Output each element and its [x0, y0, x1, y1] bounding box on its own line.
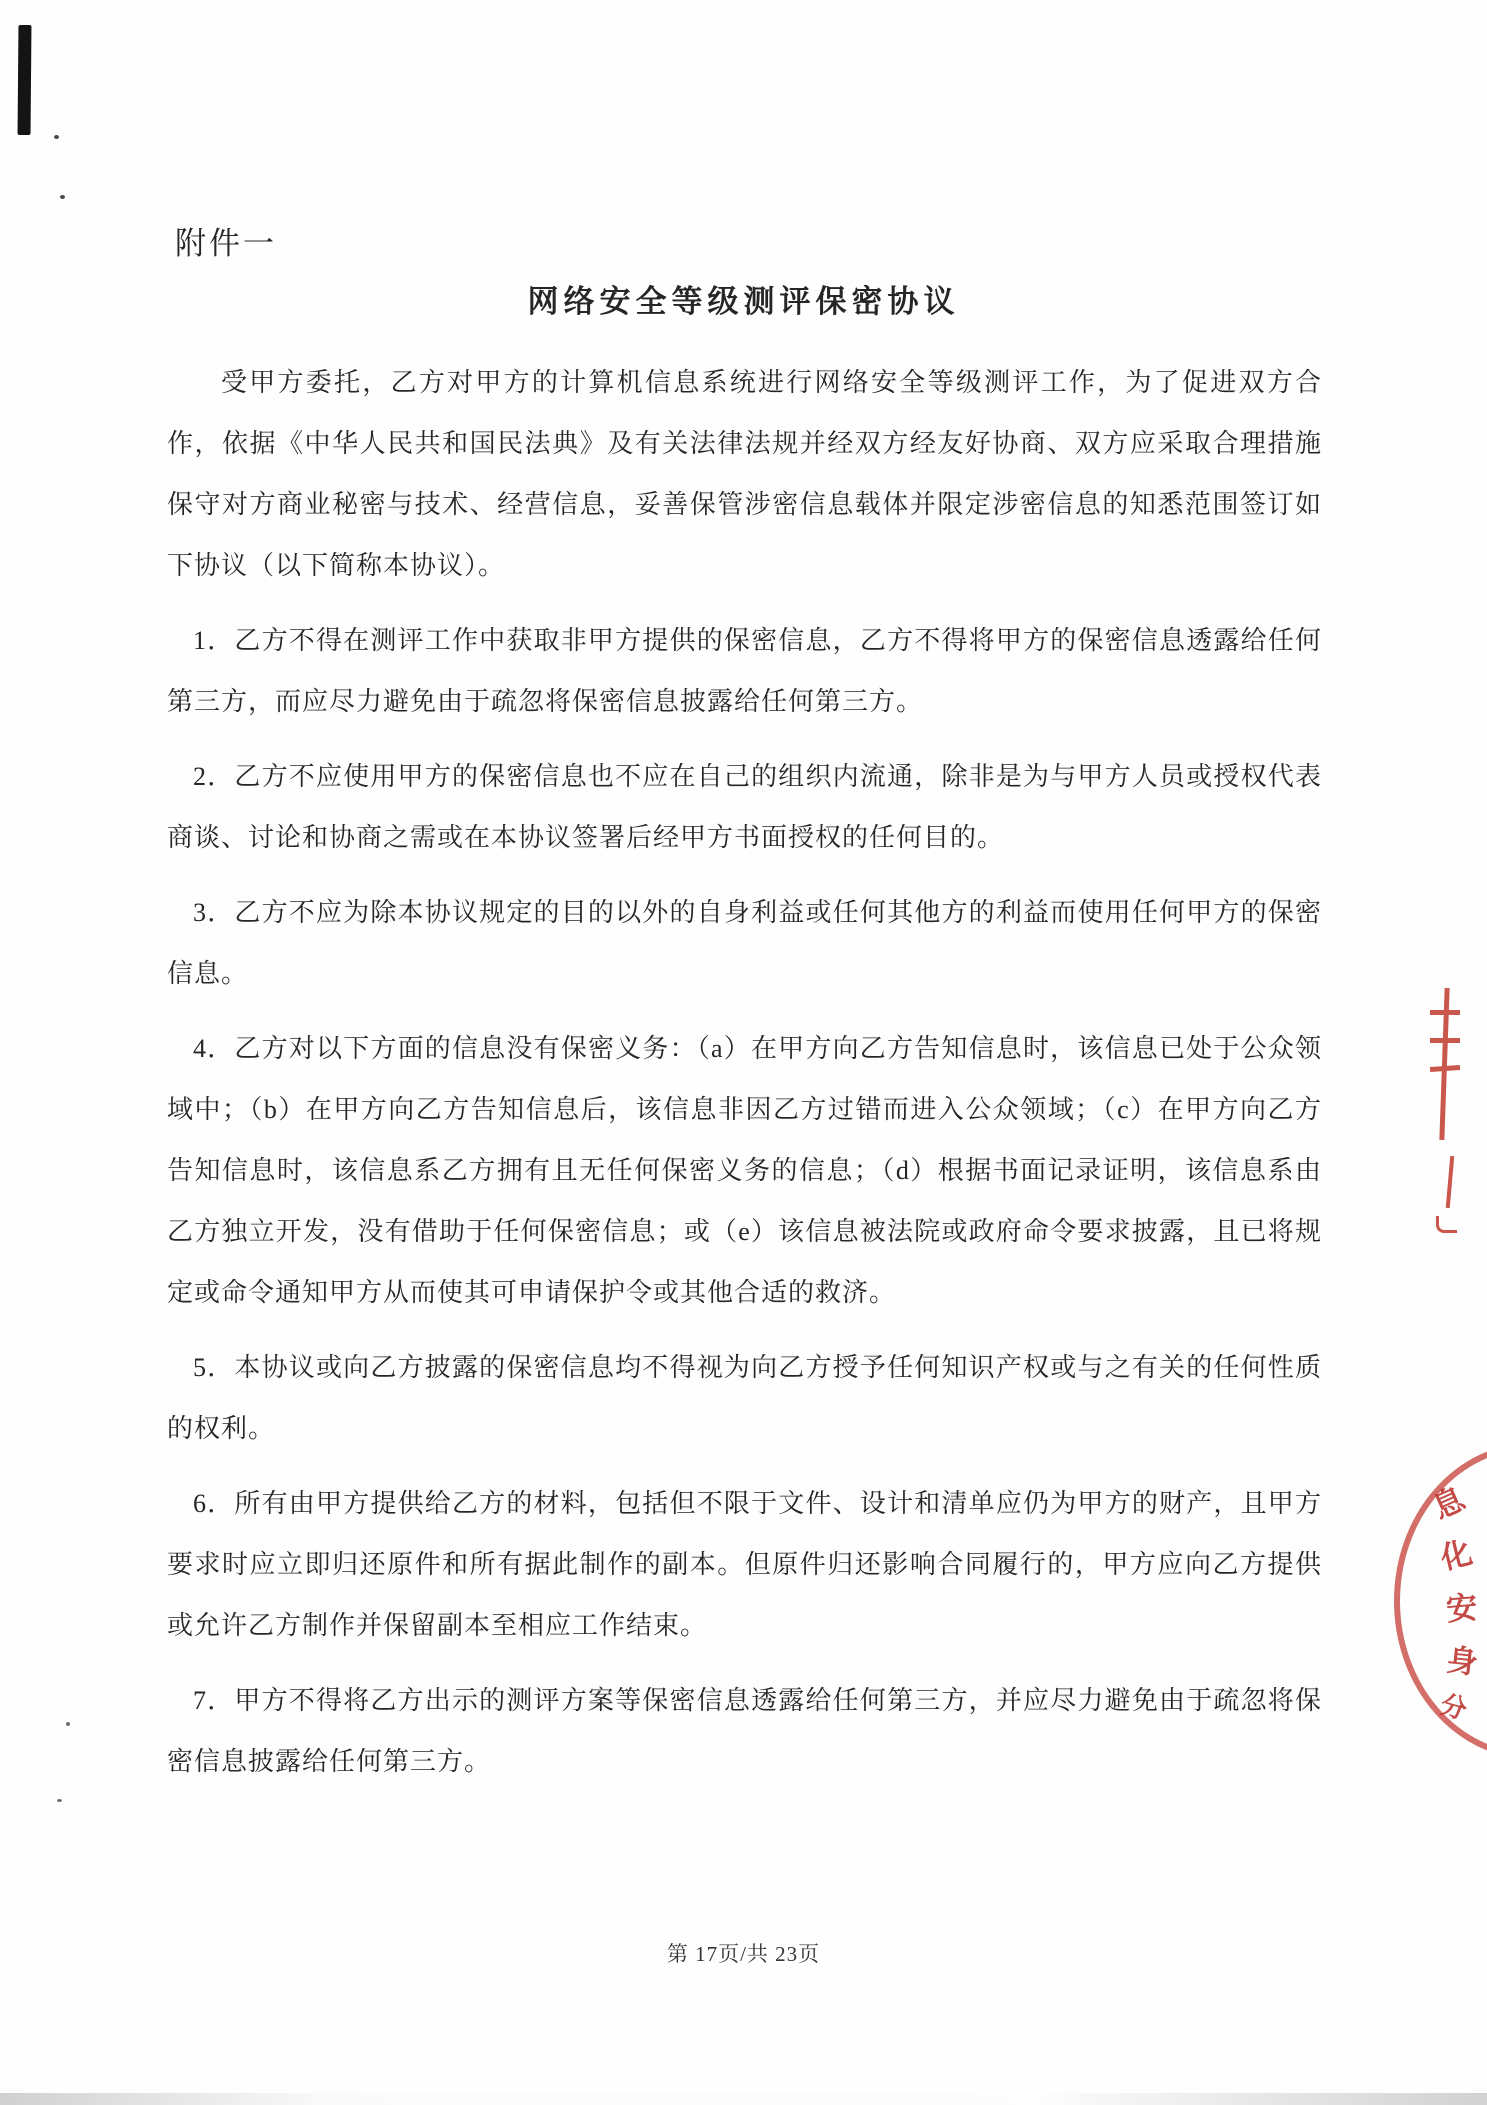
- scanned-document-page: 附件一 网络安全等级测评保密协议 受甲方委托，乙方对甲方的计算机信息系统进行网络…: [0, 0, 1487, 2105]
- scan-speck: [54, 135, 59, 139]
- clause-3: 3．乙方不应为除本协议规定的目的以外的自身利益或任何其他方的利益而使用任何甲方的…: [167, 882, 1322, 1004]
- red-seal-character: 安: [1444, 1582, 1479, 1630]
- scan-speck: [57, 1799, 62, 1802]
- clause-5: 5．本协议或向乙方披露的保密信息均不得视为向乙方授予任何知识产权或与之有关的任何…: [167, 1337, 1322, 1459]
- intro-paragraph: 受甲方委托，乙方对甲方的计算机信息系统进行网络安全等级测评工作，为了促进双方合作…: [167, 352, 1322, 596]
- page-title: 网络安全等级测评保密协议: [0, 276, 1487, 321]
- attachment-label: 附件一: [175, 218, 277, 263]
- page-number: 第 17页/共 23页: [0, 1938, 1487, 1968]
- scan-speck: [66, 1722, 70, 1726]
- clause-2: 2．乙方不应使用甲方的保密信息也不应在自己的组织内流通，除非是为与甲方人员或授权…: [167, 746, 1322, 868]
- scan-bottom-shadow: [0, 2093, 1487, 2105]
- scan-edge-bar: [18, 25, 32, 135]
- document-body: 受甲方委托，乙方对甲方的计算机信息系统进行网络安全等级测评工作，为了促进双方合作…: [167, 352, 1322, 1792]
- scan-speck: [60, 195, 65, 199]
- clause-4: 4．乙方对以下方面的信息没有保密义务：（a）在甲方向乙方告知信息时，该信息已处于…: [167, 1018, 1322, 1323]
- red-seal-character: 身: [1445, 1635, 1481, 1683]
- red-stamp-fragment-icon: [1428, 988, 1487, 1238]
- clause-1: 1．乙方不得在测评工作中获取非甲方提供的保密信息，乙方不得将甲方的保密信息透露给…: [167, 610, 1322, 732]
- clause-6: 6．所有由甲方提供给乙方的材料，包括但不限于文件、设计和清单应仍为甲方的财产，且…: [167, 1473, 1322, 1656]
- clause-7: 7．甲方不得将乙方出示的测评方案等保密信息透露给任何第三方，并应尽力避免由于疏忽…: [167, 1670, 1322, 1792]
